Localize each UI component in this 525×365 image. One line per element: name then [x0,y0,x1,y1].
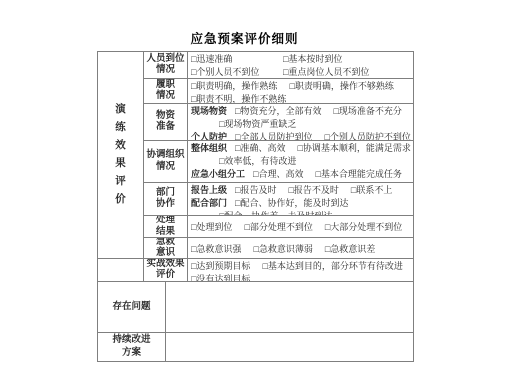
checkbox-option[interactable]: □部分处理不到位 [244,220,312,233]
content-line: □现场物资严重缺乏 [191,117,411,130]
row-label-line: 情况 [156,65,175,77]
content-line: 现场物资□物资充分，全部有效□现场准备不充分 [191,104,411,117]
checkbox-option[interactable]: □配合、协作好，能及时到达 [235,196,348,209]
checkbox-option[interactable]: □现场准备不充分 [333,104,401,117]
checkbox-option[interactable]: □物资充分，全部有效 [235,104,321,117]
checkbox-option[interactable]: □职责不明，操作不熟练 [191,92,286,104]
row-content-problems [166,282,413,332]
row-label-problems: 存在问题 [98,282,166,332]
checkbox-option[interactable]: □协调基本顺利，能满足需求 [297,141,410,154]
content-sublabel: 现场物资 [191,104,227,117]
bottom-row-problems: 存在问题 [98,282,413,333]
upper-grid: 演练效果评价人员到位情况□迅速准确□基本按时到位□个别人员不到位□重点岗位人员不… [98,52,413,282]
content-line: □职责不明，操作不熟练 [191,92,411,104]
content-line: □没有达到目标 [191,272,411,282]
checkbox-option[interactable]: □达到预期目标 [191,259,250,272]
row-label-actual-effect: 实战效果评价 [144,259,188,282]
row-label-line: 协作 [156,199,175,211]
content-line: □效率低，有待改进 [191,154,411,167]
row-label-department: 部门协作 [144,183,188,216]
content-sublabel: 报告上级 [191,183,227,196]
content-line: □职责明确，操作熟练□职责明确，操作不够熟练 [191,79,411,92]
row-content-actual-effect: □达到预期目标□基本达到目的，部分环节有待改进□没有达到目标 [188,259,413,282]
row-label-line: 持续改进 [112,334,150,347]
side-label-char: 价 [115,191,126,209]
empty-side-cell [98,259,144,282]
checkbox-option[interactable]: □基本达到目的，部分环节有待改进 [262,259,402,272]
row-label-line: 履职 [156,80,175,92]
row-content-coordination: 整体组织□准确、高效□协调基本顺利，能满足需求□效率低，有待改进应急小组分工□合… [188,141,413,183]
content-line: 个人防护□全部人员防护到位□个别人员防护不到位 [191,130,411,141]
content-line: □个别人员不到位□重点岗位人员不到位 [191,65,411,78]
content-sublabel: 个人防护 [191,130,227,141]
row-label-line: 意识 [156,248,175,259]
checkbox-option[interactable]: □重点岗位人员不到位 [283,65,369,78]
checkbox-option[interactable]: □基本合理能完成任务 [315,167,401,180]
evaluation-table: 演练效果评价人员到位情况□迅速准确□基本按时到位□个别人员不到位□重点岗位人员不… [97,51,414,362]
page-title: 应急预案评价细则 [86,29,403,47]
content-sublabel: 应急小组分工 [191,167,245,180]
content-line: □配合、协作差，未及时到达 [191,209,411,216]
row-label-material: 物资准备 [144,104,188,141]
content-sublabel: 配合部门 [191,196,227,209]
checkbox-option[interactable]: □全部人员防护到位 [235,130,312,141]
checkbox-option[interactable]: □处理到位 [191,220,232,233]
checkbox-option[interactable]: □个别人员防护不到位 [324,130,410,141]
row-label-handling-result: 处理结果 [144,216,188,238]
checkbox-option[interactable]: □报告及时 [235,183,276,196]
row-label-line: 结果 [156,227,175,239]
row-label-line: 方案 [122,347,141,360]
row-label-line: 情况 [156,91,175,103]
side-label-cell: 演练效果评价 [98,52,144,259]
checkbox-option[interactable]: □大部分处理不到位 [325,220,402,233]
row-label-duty: 履职情况 [144,79,188,104]
row-label-line: 协调组织 [146,150,184,162]
checkbox-option[interactable]: □急救意识薄弱 [253,242,312,255]
checkbox-option[interactable]: □基本按时到位 [283,52,342,65]
checkbox-option[interactable]: □合理、高效 [253,167,303,180]
content-line: □处理到位□部分处理不到位□大部分处理不到位 [191,220,411,233]
side-label-char: 评 [115,173,126,191]
side-label-char: 演 [115,101,126,119]
side-label-char: 果 [115,155,126,173]
row-label-line: 实战效果 [146,259,184,270]
row-label-line: 急救 [156,238,175,248]
checkbox-option[interactable]: □报告不及时 [288,183,338,196]
bottom-row-improvement: 持续改进方案 [98,333,413,361]
row-content-duty: □职责明确，操作熟练□职责明确，操作不够熟练□职责不明，操作不熟练 [188,79,413,104]
row-content-handling-result: □处理到位□部分处理不到位□大部分处理不到位 [188,216,413,238]
side-label-char: 效 [115,137,126,155]
content-line: □急救意识强□急救意识薄弱□急救意识差 [191,242,411,255]
checkbox-option[interactable]: □现场物资严重缺乏 [219,117,296,130]
row-label-coordination: 协调组织情况 [144,141,188,183]
checkbox-option[interactable]: □没有达到目标 [191,272,250,282]
content-line: 整体组织□准确、高效□协调基本顺利，能满足需求 [191,141,411,154]
row-label-line: 情况 [156,162,175,174]
row-label-line: 存在问题 [112,301,150,314]
content-line: 应急小组分工□合理、高效□基本合理能完成任务 [191,167,411,180]
checkbox-option[interactable]: □急救意识差 [325,242,375,255]
row-label-line: 部门 [156,188,175,200]
checkbox-option[interactable]: □个别人员不到位 [191,65,271,78]
row-content-department: 报告上级□报告及时□报告不及时□联系不上配合部门□配合、协作好，能及时到达□配合… [188,183,413,216]
row-label-line: 处理 [156,216,175,227]
row-label-line: 物资 [156,111,175,123]
row-label-improvement: 持续改进方案 [98,333,166,361]
checkbox-option[interactable]: □配合、协作差，未及时到达 [219,209,332,216]
side-label-char: 练 [115,119,126,137]
checkbox-option[interactable]: □急救意识强 [191,242,241,255]
row-label-personnel: 人员到位情况 [144,52,188,79]
row-label-line: 评价 [156,270,175,282]
row-label-first-aid: 急救意识 [144,238,188,259]
checkbox-option[interactable]: □准确、高效 [235,141,285,154]
row-content-personnel: □迅速准确□基本按时到位□个别人员不到位□重点岗位人员不到位 [188,52,413,79]
row-label-line: 人员到位 [146,54,184,66]
checkbox-option[interactable]: □效率低，有待改进 [219,154,296,167]
checkbox-option[interactable]: □迅速准确 [191,52,271,65]
row-content-material: 现场物资□物资充分，全部有效□现场准备不充分□现场物资严重缺乏个人防护□全部人员… [188,104,413,141]
content-line: 配合部门□配合、协作好，能及时到达 [191,196,411,209]
content-sublabel: 整体组织 [191,141,227,154]
page: { "page": { "title": "应急预案评价细则" }, "colo… [0,0,525,365]
row-content-improvement [166,333,413,361]
checkbox-option[interactable]: □联系不上 [351,183,392,196]
checkbox-option[interactable]: □职责明确，操作不够熟练 [289,79,393,92]
content-line: □达到预期目标□基本达到目的，部分环节有待改进 [191,259,411,272]
checkbox-option[interactable]: □职责明确，操作熟练 [191,79,277,92]
row-content-first-aid: □急救意识强□急救意识薄弱□急救意识差 [188,238,413,259]
content-line: 报告上级□报告及时□报告不及时□联系不上 [191,183,411,196]
row-label-line: 准备 [156,122,175,134]
content-line: □迅速准确□基本按时到位 [191,52,411,65]
